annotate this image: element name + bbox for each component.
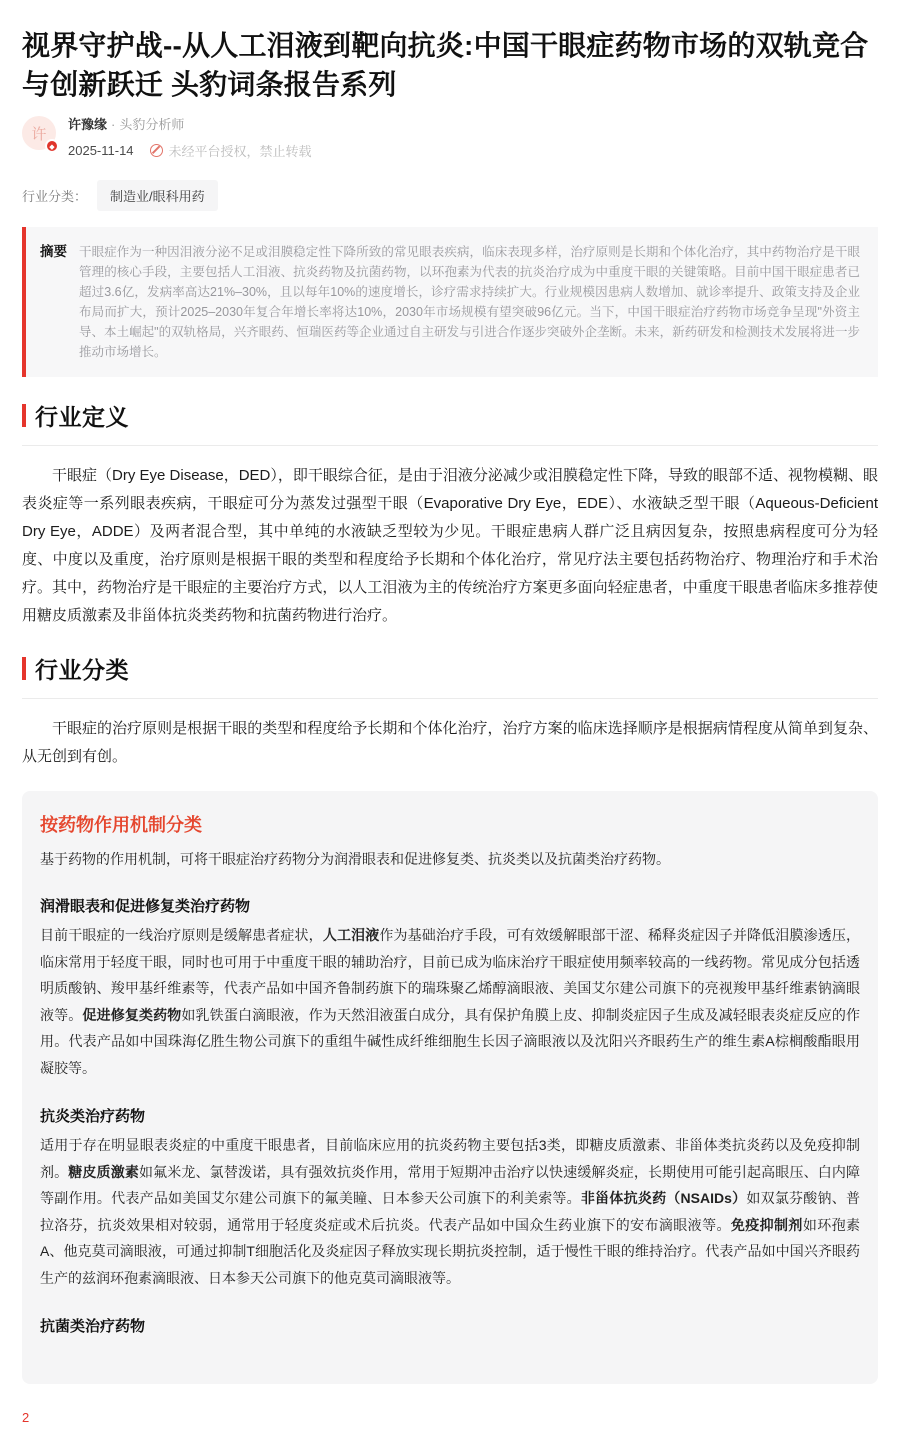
classification-box: 按药物作用机制分类 基于药物的作用机制，可将干眼症治疗药物分为润滑眼表和促进修复… <box>22 791 878 1384</box>
section-industry-classification: 行业分类 干眼症的治疗原则是根据干眼的类型和程度给予长期和个体化治疗，治疗方案的… <box>22 652 878 771</box>
section-divider <box>22 698 878 699</box>
report-page: 视界守护战--从人工泪液到靶向抗炎:中国干眼症药物市场的双轨竞合与创新跃迁 头豹… <box>0 26 900 1425</box>
author-row: 许 ◆ 许豫缘·头豹分析师 2025-11-14 未经平台授权，禁止转载 <box>22 116 878 160</box>
industry-tag[interactable]: 制造业/眼科用药 <box>97 180 218 211</box>
section-paragraph: 干眼症（Dry Eye Disease，DED），即干眼综合征，是由于泪液分泌减… <box>22 462 878 630</box>
author-name-line: 许豫缘·头豹分析师 <box>68 117 312 133</box>
page-title: 视界守护战--从人工泪液到靶向抗炎:中国干眼症药物市场的双轨竞合与创新跃迁 头豹… <box>22 26 878 104</box>
abstract-box: 摘要 干眼症作为一种因泪液分泌不足或泪膜稳定性下降所致的常见眼表疾病，临床表现多… <box>22 227 878 377</box>
abstract-text: 干眼症作为一种因泪液分泌不足或泪膜稳定性下降所致的常见眼表疾病，临床表现多样，治… <box>79 242 860 362</box>
author-name: 许豫缘 <box>68 117 107 132</box>
industry-row: 行业分类： 制造业/眼科用药 <box>22 180 878 211</box>
no-reprint-icon <box>150 144 163 157</box>
leadleo-badge-icon: ◆ <box>45 139 59 153</box>
abstract-label: 摘要 <box>40 242 67 362</box>
subsection-body-lubricant: 目前干眼症的一线治疗原则是缓解患者症状，人工泪液作为基础治疗手段，可有效缓解眼部… <box>40 922 860 1081</box>
industry-label: 行业分类： <box>22 186 87 205</box>
author-separator: · <box>111 117 115 132</box>
author-info: 许豫缘·头豹分析师 2025-11-14 未经平台授权，禁止转载 <box>68 116 312 160</box>
page-number: 2 <box>22 1410 878 1425</box>
red-bar-accent <box>22 657 26 680</box>
classification-box-intro: 基于药物的作用机制，可将干眼症治疗药物分为润滑眼表和促进修复类、抗炎类以及抗菌类… <box>40 847 860 871</box>
copyright-notice: 未经平台授权，禁止转载 <box>169 141 312 160</box>
section-title: 行业分类 <box>35 652 129 685</box>
subsection-body-anti-inflammatory: 适用于存在明显眼表炎症的中重度干眼患者，目前临床应用的抗炎药物主要包括3类，即糖… <box>40 1132 860 1291</box>
section-divider <box>22 445 878 446</box>
author-meta-line: 2025-11-14 未经平台授权，禁止转载 <box>68 141 312 160</box>
avatar-initial: 许 <box>31 123 46 144</box>
section-title: 行业定义 <box>35 399 129 432</box>
red-bar-accent <box>22 404 26 427</box>
subsection-title-lubricant: 润滑眼表和促进修复类治疗药物 <box>40 895 860 916</box>
section-industry-definition: 行业定义 干眼症（Dry Eye Disease，DED），即干眼综合征，是由于… <box>22 399 878 630</box>
author-role: 头豹分析师 <box>119 117 184 132</box>
section-paragraph: 干眼症的治疗原则是根据干眼的类型和程度给予长期和个体化治疗，治疗方案的临床选择顺… <box>22 715 878 771</box>
section-heading-row: 行业定义 <box>22 399 878 432</box>
publish-date: 2025-11-14 <box>68 143 134 158</box>
subsection-title-antibacterial: 抗菌类治疗药物 <box>40 1315 860 1336</box>
classification-box-heading: 按药物作用机制分类 <box>40 811 860 837</box>
subsection-title-anti-inflammatory: 抗炎类治疗药物 <box>40 1105 860 1126</box>
avatar: 许 ◆ <box>22 116 56 150</box>
section-heading-row: 行业分类 <box>22 652 878 685</box>
